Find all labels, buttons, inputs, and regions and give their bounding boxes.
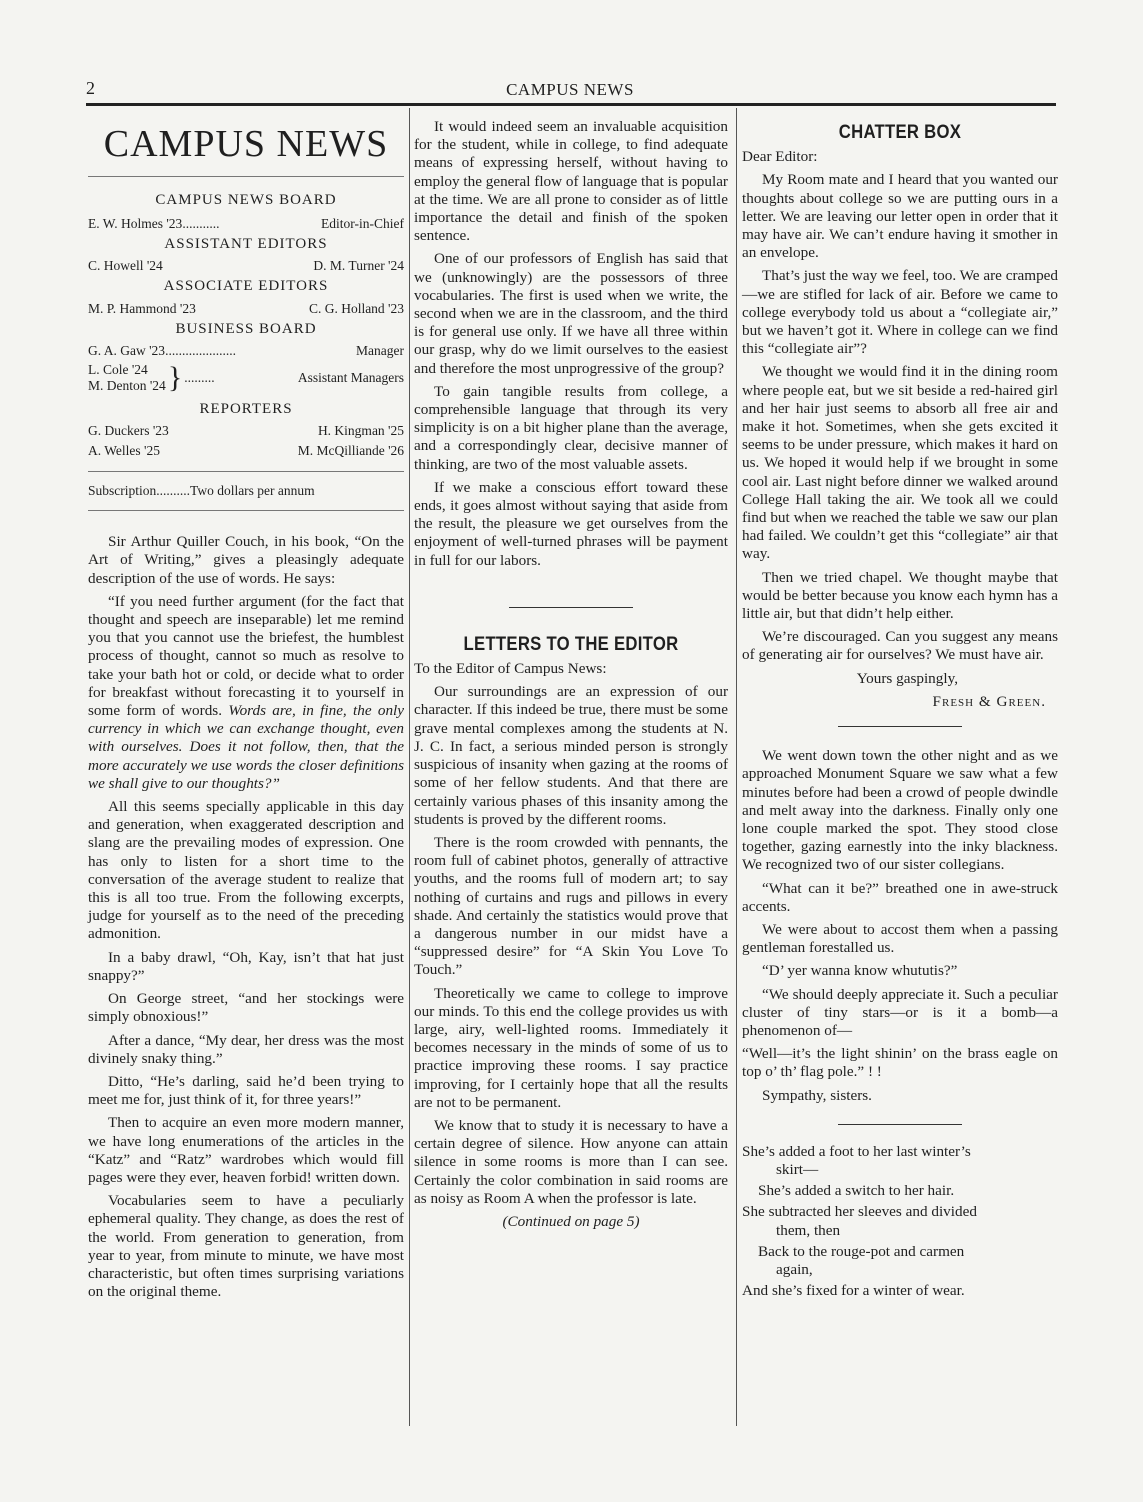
chatter-salutation: Dear Editor:: [742, 148, 1058, 166]
assistant-editors-row: C. Howell '24 D. M. Turner '24: [88, 257, 404, 274]
chatter-paragraph: We thought we would find it in the dinin…: [742, 363, 1058, 563]
assistant-editor: C. Howell '24: [88, 257, 163, 274]
column-3: CHATTER BOX Dear Editor: My Room mate an…: [742, 118, 1058, 1303]
reporters-row: G. Duckers '23 H. Kingman '25: [88, 422, 404, 439]
chatter-closing: Yours gaspingly,: [742, 670, 1058, 688]
page-number: 2: [86, 78, 95, 99]
downtown-paragraph: We went down town the other night and as…: [742, 747, 1058, 874]
assistant-editor: D. M. Turner '24: [313, 257, 404, 274]
article-paragraph: To gain tangible results from college, a…: [414, 383, 728, 474]
poem-line: And she’s fixed for a winter of wear.: [742, 1282, 1058, 1300]
quote-plain: “If you need further argument (for the f…: [88, 593, 404, 719]
manager-name: G. A. Gaw '23: [88, 342, 165, 359]
column-1: CAMPUS NEWS CAMPUS NEWS BOARD E. W. Holm…: [88, 118, 404, 1306]
poem-line: She’s added a switch to her hair.: [742, 1182, 1058, 1200]
letter-paragraph: There is the room crowded with pennants,…: [414, 834, 728, 980]
reporter: H. Kingman '25: [318, 422, 404, 439]
reporters-row: A. Welles '25 M. McQilliande '26: [88, 442, 404, 459]
editor-role: Editor-in-Chief: [321, 215, 404, 232]
subscription-value: Two dollars per annum: [190, 482, 315, 500]
associate-editors-row: M. P. Hammond '23 C. G. Holland '23: [88, 300, 404, 317]
business-board-title: BUSINESS BOARD: [88, 320, 404, 338]
downtown-paragraph: “Well—it’s the light shinin’ on the bras…: [742, 1045, 1058, 1081]
article-paragraph: Then to acquire an even more modern mann…: [88, 1114, 404, 1187]
reporter: G. Duckers '23: [88, 422, 169, 439]
letter-paragraph: Our surroundings are an expression of ou…: [414, 683, 728, 829]
editor-name: E. W. Holmes '23: [88, 215, 182, 232]
associate-editor: C. G. Holland '23: [309, 300, 404, 317]
poem-continuation: them, then: [742, 1222, 1058, 1240]
column-divider-2: [736, 108, 737, 1426]
poem: She’s added a foot to her last winter’ss…: [742, 1143, 1058, 1301]
poem-line: She subtracted her sleeves and dividedth…: [742, 1203, 1058, 1239]
article-paragraph: In a baby drawl, “Oh, Kay, isn’t that ha…: [88, 949, 404, 985]
continued-note: (Continued on page 5): [414, 1213, 728, 1231]
poem-line: Back to the rouge-pot and carmenagain,: [742, 1243, 1058, 1279]
assistant-manager: M. Denton '24: [88, 378, 166, 394]
article-quote: “If you need further argument (for the f…: [88, 593, 404, 793]
article-paragraph: Vocabularies seem to have a peculiarly e…: [88, 1192, 404, 1301]
leader-dots: ...........: [182, 215, 321, 232]
leader-dots: ..........: [156, 482, 190, 500]
letters-heading: LETTERS TO THE EDITOR: [433, 636, 709, 654]
downtown-paragraph: “What can it be?” breathed one in awe-st…: [742, 880, 1058, 916]
poem-text: And she’s fixed for a winter of wear.: [742, 1282, 965, 1299]
downtown-paragraph: “D’ yer wanna know whututis?”: [742, 962, 1058, 980]
leader-dots: .........: [184, 370, 298, 386]
poem-line: She’s added a foot to her last winter’ss…: [742, 1143, 1058, 1179]
letter-paragraph: Theoretically we came to college to impr…: [414, 985, 728, 1112]
poem-text: She’s added a switch to her hair.: [758, 1182, 954, 1199]
reporter: M. McQilliande '26: [298, 442, 404, 459]
manager-role: Manager: [356, 342, 404, 359]
chatter-box-heading: CHATTER BOX: [761, 124, 1039, 142]
assistant-editors-title: ASSISTANT EDITORS: [88, 235, 404, 253]
brace-icon: }: [168, 363, 182, 393]
poem-text: She subtracted her sleeves and divided: [742, 1203, 977, 1220]
manager-row: G. A. Gaw '23 ..................... Mana…: [88, 342, 404, 359]
leader-dots: .....................: [165, 342, 356, 359]
article-paragraph: It would indeed seem an invaluable acqui…: [414, 118, 728, 245]
chatter-signature: Fresh & Green.: [742, 693, 1058, 711]
poem-continuation: again,: [758, 1261, 1058, 1279]
poem-text: She’s added a foot to her last winter’s: [742, 1143, 971, 1160]
poem-continuation: skirt—: [742, 1161, 1058, 1179]
subscription-rule-bottom: [88, 510, 404, 511]
chatter-paragraph: My Room mate and I heard that you wanted…: [742, 171, 1058, 262]
chatter-paragraph: Then we tried chapel. We thought maybe t…: [742, 569, 1058, 624]
running-head: CAMPUS NEWS: [470, 80, 670, 100]
assistant-managers-role: Assistant Managers: [298, 370, 404, 386]
subscription-label: Subscription: [88, 482, 156, 500]
article-paragraph: All this seems specially applicable in t…: [88, 798, 404, 944]
masthead-rule: [88, 176, 404, 177]
article-paragraph: On George street, “and her stockings wer…: [88, 990, 404, 1026]
downtown-paragraph: We were about to accost them when a pass…: [742, 921, 1058, 957]
chatter-paragraph: We’re discouraged. Can you suggest any m…: [742, 628, 1058, 664]
associate-editors-title: ASSOCIATE EDITORS: [88, 277, 404, 295]
header-rule: [86, 103, 1056, 106]
reporters-title: REPORTERS: [88, 400, 404, 418]
column-divider-1: [409, 108, 410, 1426]
article-paragraph: If we make a conscious effort toward the…: [414, 479, 728, 570]
article-paragraph: After a dance, “My dear, her dress was t…: [88, 1032, 404, 1068]
subscription-row: Subscription .......... Two dollars per …: [88, 482, 404, 500]
column-2: It would indeed seem an invaluable acqui…: [414, 118, 728, 1236]
downtown-paragraph: “We should deeply appreciate it. Such a …: [742, 986, 1058, 1041]
subscription-rule-top: [88, 471, 404, 472]
masthead-title: CAMPUS NEWS: [88, 122, 404, 166]
associate-editor: M. P. Hammond '23: [88, 300, 196, 317]
article-paragraph: One of our professors of English has sai…: [414, 250, 728, 377]
downtown-paragraph: Sympathy, sisters.: [742, 1087, 1058, 1105]
assistant-managers-row: L. Cole '24 M. Denton '24 } ......... As…: [88, 362, 404, 394]
assistant-manager: L. Cole '24: [88, 362, 166, 378]
article-paragraph: Sir Arthur Quiller Couch, in his book, “…: [88, 533, 404, 588]
poem-text: Back to the rouge-pot and carmen: [758, 1243, 964, 1260]
article-paragraph: Ditto, “He’s darling, said he’d been try…: [88, 1073, 404, 1109]
letter-paragraph: We know that to study it is necessary to…: [414, 1117, 728, 1208]
letter-salutation: To the Editor of Campus News:: [414, 660, 728, 678]
reporter: A. Welles '25: [88, 442, 160, 459]
editor-in-chief-row: E. W. Holmes '23 ........... Editor-in-C…: [88, 215, 404, 232]
chatter-paragraph: That’s just the way we feel, too. We are…: [742, 267, 1058, 358]
board-title: CAMPUS NEWS BOARD: [88, 191, 404, 209]
